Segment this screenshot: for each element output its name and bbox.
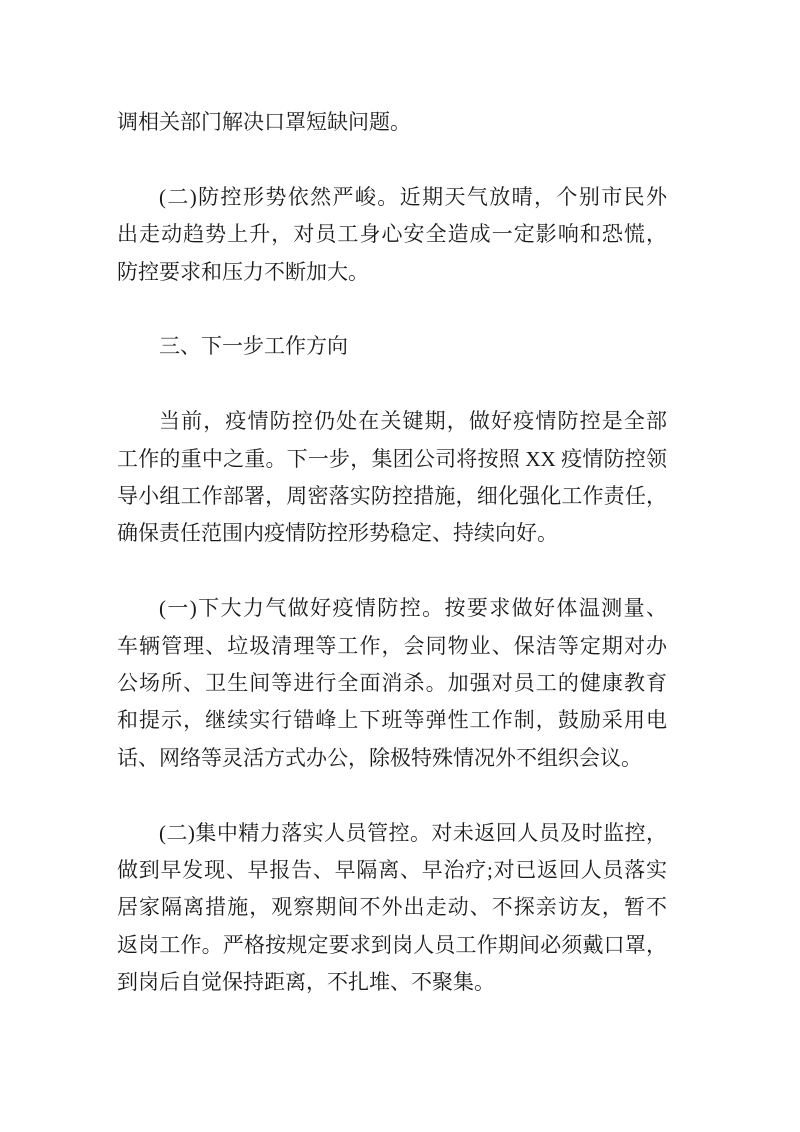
paragraph-item-2: (二)集中精力落实人员管控。对未返回人员及时监控， 做到早发现、早报告、早隔离、… [117, 815, 667, 1002]
text-line: 话、网络等灵活方式办公，除极特殊情况外不组织会议。 [117, 740, 667, 777]
paragraph-item-1: (一)下大力气做好疫情防控。按要求做好体温测量、 车辆管理、垃圾清理等工作，会同… [117, 590, 667, 777]
text-line: 当前，疫情防控仍处在关键期，做好疫情防控是全部 [117, 403, 667, 440]
paragraph-section-2: (二)防控形势依然严峻。近期天气放晴，个别市民外 出走动趋势上升，对员工身心安全… [117, 179, 667, 291]
text-line: 返岗工作。严格按规定要求到岗人员工作期间必须戴口罩， [117, 927, 667, 964]
document-body: 调相关部门解决口罩短缺问题。 (二)防控形势依然严峻。近期天气放晴，个别市民外 … [117, 104, 667, 1039]
document-page: 调相关部门解决口罩短缺问题。 (二)防控形势依然严峻。近期天气放晴，个别市民外 … [0, 0, 800, 1132]
text-line: 居家隔离措施，观察期间不外出走动、不探亲访友，暂不 [117, 889, 667, 926]
text-line: 出走动趋势上升，对员工身心安全造成一定影响和恐慌， [117, 216, 667, 253]
text-line: 做到早发现、早报告、早隔离、早治疗;对已返回人员落实 [117, 852, 667, 889]
text-line: 到岗后自觉保持距离，不扎堆、不聚集。 [117, 964, 667, 1001]
text-line: 工作的重中之重。下一步，集团公司将按照 XX 疫情防控领 [117, 441, 667, 478]
text-line: 导小组工作部署，周密落实防控措施，细化强化工作责任， [117, 478, 667, 515]
paragraph-continuation: 调相关部门解决口罩短缺问题。 [117, 104, 667, 141]
text-line: (二)集中精力落实人员管控。对未返回人员及时监控， [117, 815, 667, 852]
text-line: (二)防控形势依然严峻。近期天气放晴，个别市民外 [117, 179, 667, 216]
paragraph-intro: 当前，疫情防控仍处在关键期，做好疫情防控是全部 工作的重中之重。下一步，集团公司… [117, 403, 667, 553]
text-line: 车辆管理、垃圾清理等工作，会同物业、保洁等定期对办 [117, 628, 667, 665]
paragraph-heading: 三、下一步工作方向 [117, 328, 667, 365]
section-heading: 三、下一步工作方向 [117, 328, 667, 365]
text-line: 调相关部门解决口罩短缺问题。 [117, 104, 667, 141]
text-line: 公场所、卫生间等进行全面消杀。加强对员工的健康教育 [117, 665, 667, 702]
text-line: (一)下大力气做好疫情防控。按要求做好体温测量、 [117, 590, 667, 627]
text-line: 和提示，继续实行错峰上下班等弹性工作制，鼓励采用电 [117, 702, 667, 739]
text-line: 确保责任范围内疫情防控形势稳定、持续向好。 [117, 515, 667, 552]
text-line: 防控要求和压力不断加大。 [117, 254, 667, 291]
